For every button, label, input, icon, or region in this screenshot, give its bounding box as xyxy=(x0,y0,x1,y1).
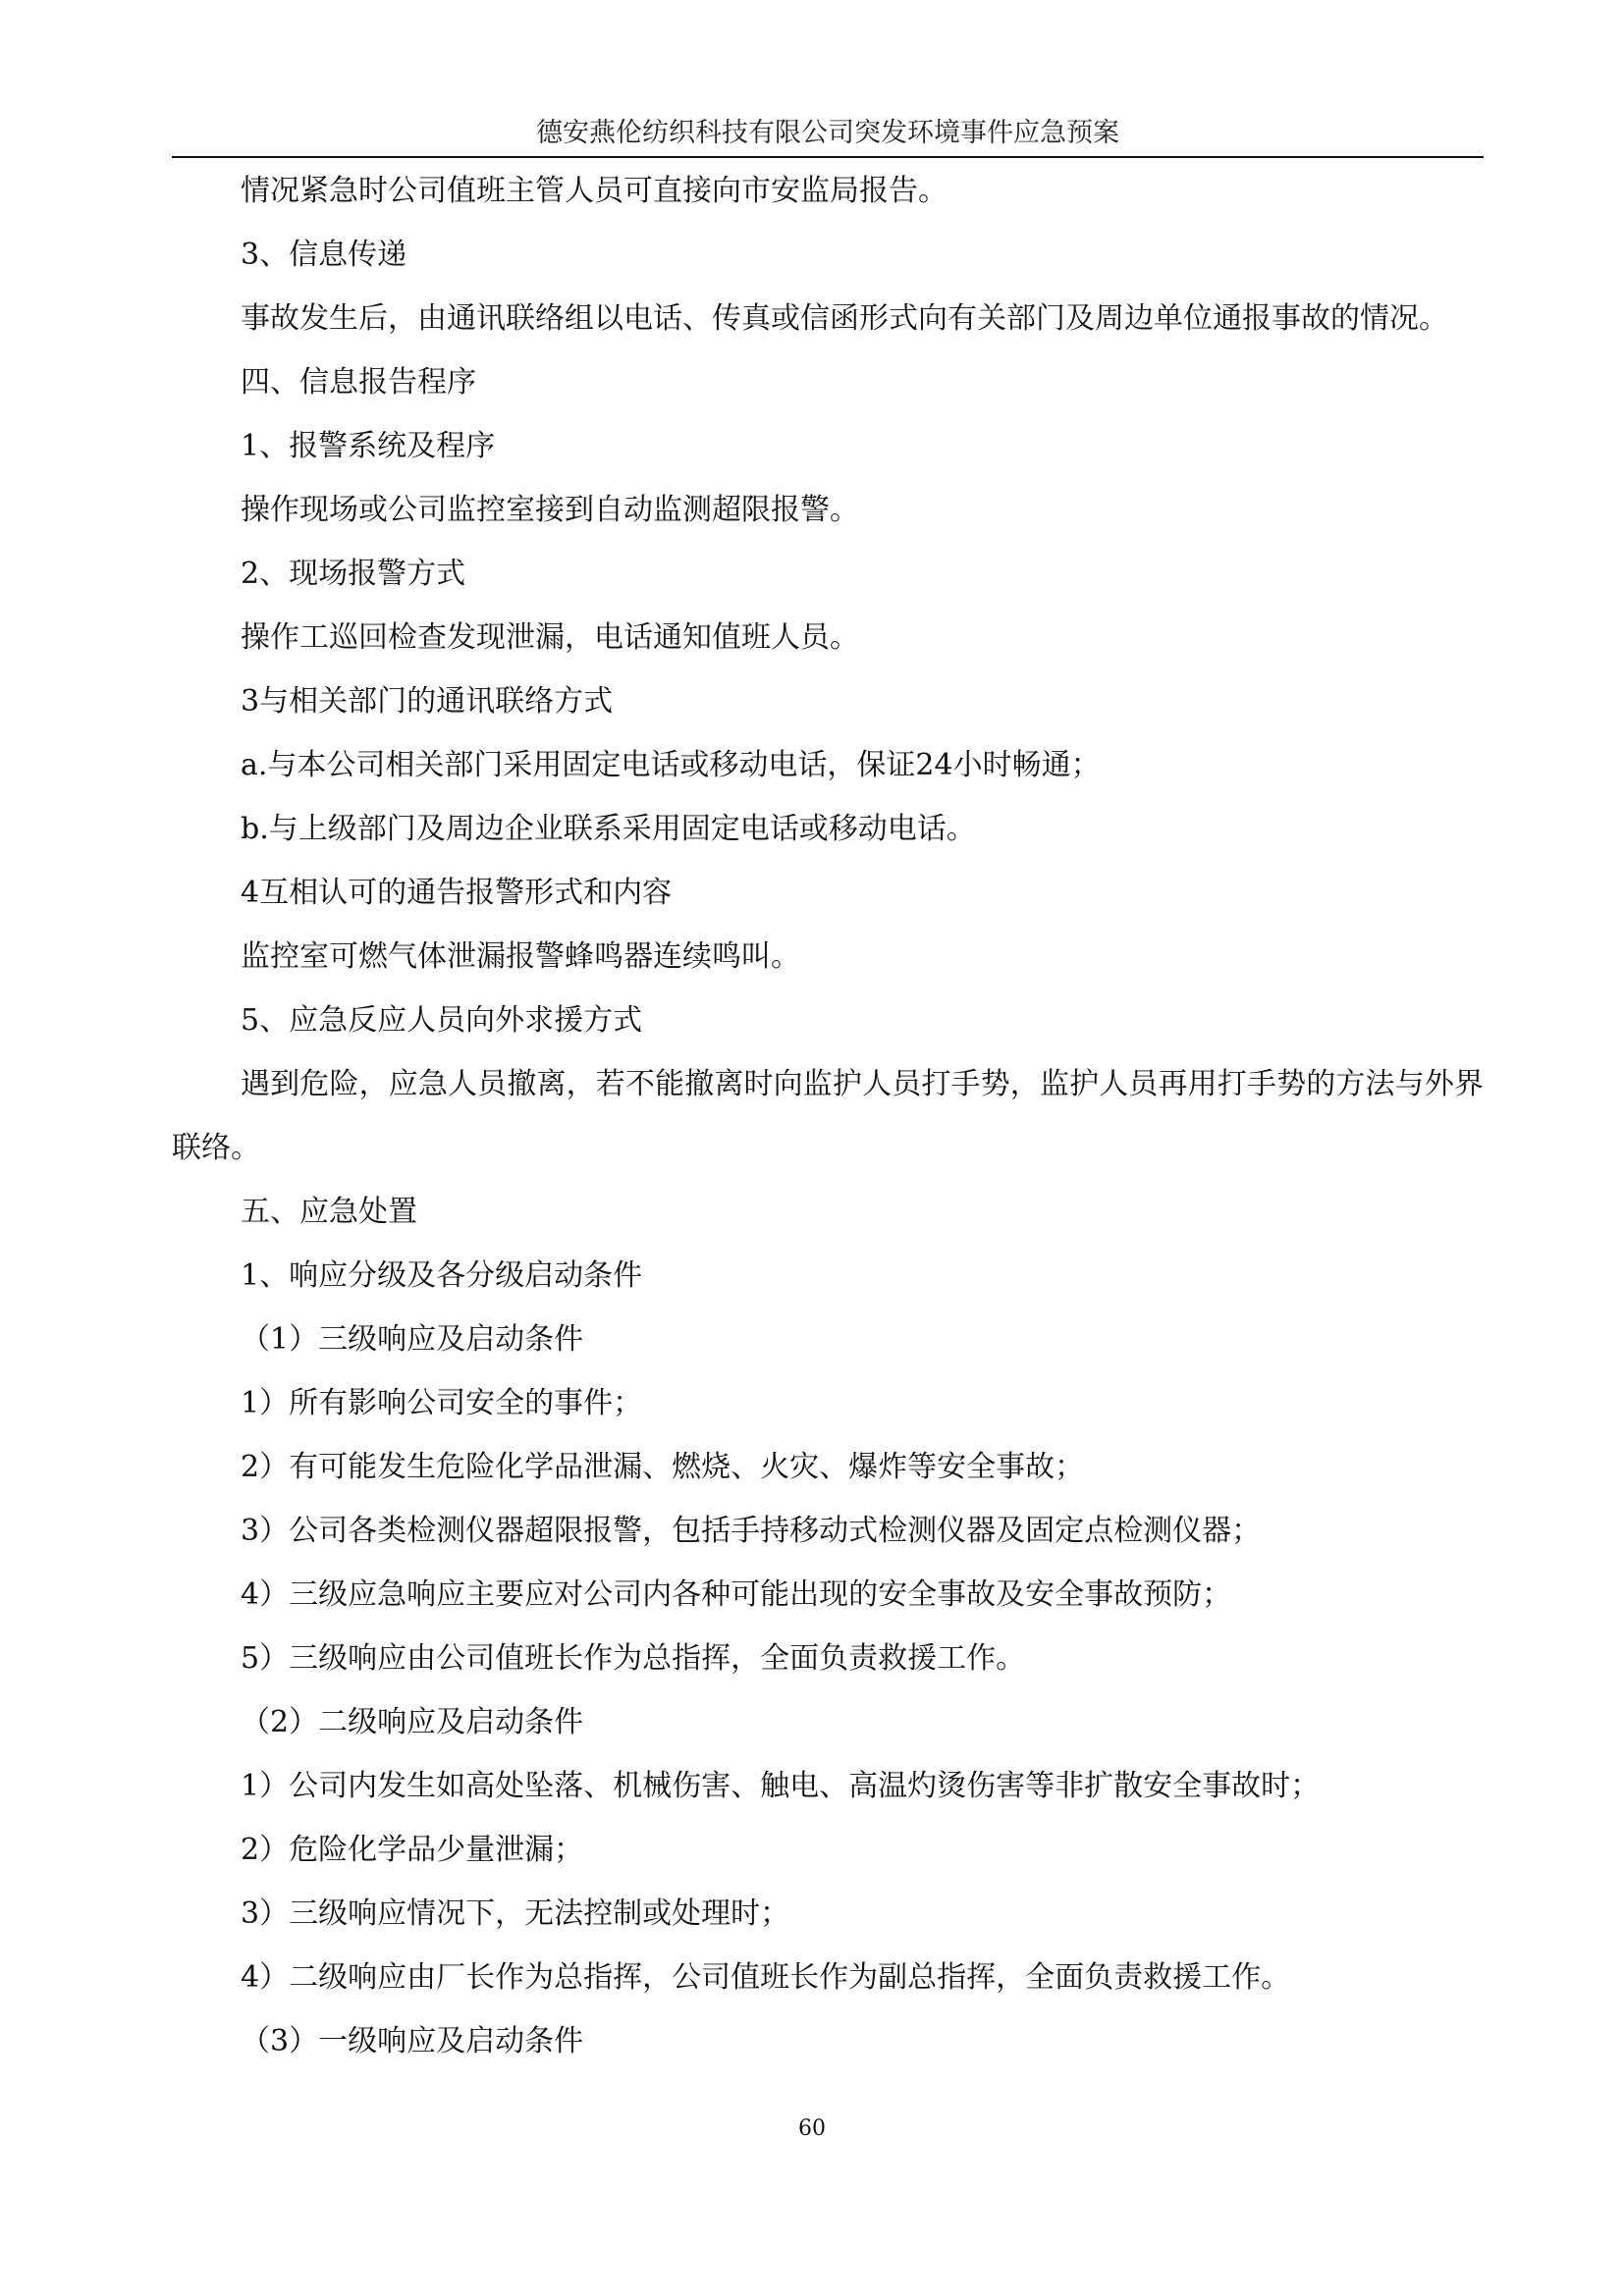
header-divider xyxy=(172,156,1484,158)
list-item: 2）有可能发生危险化学品泄漏、燃烧、火灾、爆炸等安全事故； xyxy=(172,1435,1484,1499)
paragraph: 情况紧急时公司值班主管人员可直接向市安监局报告。 xyxy=(172,159,1484,223)
subsection-heading: （2）二级响应及启动条件 xyxy=(172,1690,1484,1754)
section-heading: 3、信息传递 xyxy=(172,223,1484,287)
section-heading: 1、响应分级及各分级启动条件 xyxy=(172,1244,1484,1308)
paragraph: 遇到危险，应急人员撤离，若不能撤离时向监护人员打手势，监护人员再用打手势的方法与… xyxy=(172,1052,1484,1180)
list-item: 3）三级响应情况下，无法控制或处理时； xyxy=(172,1882,1484,1946)
list-item: 2）危险化学品少量泄漏； xyxy=(172,1818,1484,1882)
list-item: a.与本公司相关部门采用固定电话或移动电话，保证24小时畅通； xyxy=(172,733,1484,797)
list-item: 1）所有影响公司安全的事件； xyxy=(172,1371,1484,1435)
section-heading: 3与相关部门的通讯联络方式 xyxy=(172,669,1484,733)
document-body: 情况紧急时公司值班主管人员可直接向市安监局报告。 3、信息传递 事故发生后，由通… xyxy=(172,159,1484,2073)
list-item: 4）三级应急响应主要应对公司内各种可能出现的安全事故及安全事故预防； xyxy=(172,1563,1484,1627)
list-item: 5）三级响应由公司值班长作为总指挥，全面负责救援工作。 xyxy=(172,1627,1484,1690)
paragraph: 操作现场或公司监控室接到自动监测超限报警。 xyxy=(172,478,1484,542)
subsection-heading: （3）一级响应及启动条件 xyxy=(172,2009,1484,2073)
section-heading: 4互相认可的通告报警形式和内容 xyxy=(172,861,1484,925)
list-item: 4）二级响应由厂长作为总指挥，公司值班长作为副总指挥，全面负责救援工作。 xyxy=(172,1946,1484,2009)
paragraph: 事故发生后，由通讯联络组以电话、传真或信函形式向有关部门及周边单位通报事故的情况… xyxy=(172,287,1484,350)
list-item: b.与上级部门及周边企业联系采用固定电话或移动电话。 xyxy=(172,797,1484,861)
paragraph: 操作工巡回检查发现泄漏，电话通知值班人员。 xyxy=(172,606,1484,669)
subsection-heading: （1）三级响应及启动条件 xyxy=(172,1308,1484,1371)
list-item: 1）公司内发生如高处坠落、机械伤害、触电、高温灼烫伤害等非扩散安全事故时； xyxy=(172,1754,1484,1818)
chapter-heading: 五、应急处置 xyxy=(172,1180,1484,1244)
page-number: 60 xyxy=(0,2114,1624,2144)
list-item: 3）公司各类检测仪器超限报警，包括手持移动式检测仪器及固定点检测仪器； xyxy=(172,1499,1484,1563)
chapter-heading: 四、信息报告程序 xyxy=(172,350,1484,414)
document-header: 德安燕伦纺织科技有限公司突发环境事件应急预案 xyxy=(172,116,1484,151)
section-heading: 2、现场报警方式 xyxy=(172,542,1484,606)
paragraph: 监控室可燃气体泄漏报警蜂鸣器连续鸣叫。 xyxy=(172,925,1484,988)
section-heading: 1、报警系统及程序 xyxy=(172,414,1484,478)
section-heading: 5、应急反应人员向外求援方式 xyxy=(172,988,1484,1052)
